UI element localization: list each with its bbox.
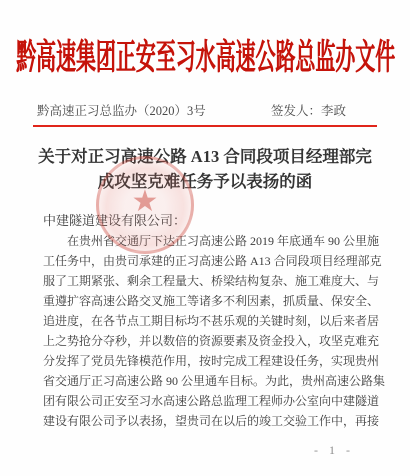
body-line: 工任务中，由贵司承建的正习高速公路 A13 合同段项目经理部克	[43, 251, 372, 271]
doc-number-row: 黔高速正习总监办（2020）3号 签发人：李政	[0, 103, 410, 120]
doc-number: 黔高速正习总监办（2020）3号	[37, 103, 206, 120]
issuer-name: 李政	[321, 104, 346, 118]
issuer: 签发人：李政	[271, 103, 346, 120]
document-title: 关于对正习高速公路 A13 合同段项目经理部完 成攻坚克难任务予以表扬的函	[0, 144, 410, 194]
body-line: 在贵州省交通厅下达正习高速公路 2019 年底通车 90 公里施	[43, 231, 372, 251]
body-line: 追进度，在各节点工期目标均不甚乐观的关键时刻，以后来者居	[43, 311, 372, 331]
body-paragraph: 在贵州省交通厅下达正习高速公路 2019 年底通车 90 公里施 工任务中，由贵…	[43, 231, 372, 431]
salutation: 中建隧道建设有限公司：	[43, 211, 372, 231]
body-line: 服了工期紧张、剩余工程量大、桥梁结构复杂、施工难度大、与	[43, 271, 372, 291]
issuer-label: 签发人：	[271, 104, 321, 118]
body-line: 团有限公司正安至习水高速公路总监理工程师办公室向中建隧道	[43, 391, 372, 411]
body-line: 省交通厅正习高速公路 90 公里通车目标。为此，贵州高速公路集	[43, 371, 372, 391]
body-line: 上之势抢分夺秒，并以数倍的资源要素及资金投入，攻坚克难充	[43, 331, 372, 351]
document-page: 黔高速集团正安至习水高速公路总监办文件 黔高速正习总监办（2020）3号 签发人…	[0, 0, 410, 476]
document-title-line-2: 成攻坚克难任务予以表扬的函	[0, 169, 410, 194]
body-line: 建设有限公司予以表扬，望贵司在以后的竣工交验工作中，再接	[43, 411, 372, 431]
page-number: - 1 -	[314, 443, 354, 458]
document-title-line-1: 关于对正习高速公路 A13 合同段项目经理部完	[0, 144, 410, 169]
letterhead: 黔高速集团正安至习水高速公路总监办文件	[0, 33, 410, 76]
body-line: 分发挥了党员先锋模范作用，按时完成工程建设任务，实现贵州	[43, 351, 372, 371]
red-separator-line	[33, 125, 377, 127]
body-line: 重遵扩容高速公路交叉施工等诸多不利因素，抓质量、保安全、	[43, 291, 372, 311]
letterhead-title: 黔高速集团正安至习水高速公路总监办文件	[15, 30, 394, 80]
